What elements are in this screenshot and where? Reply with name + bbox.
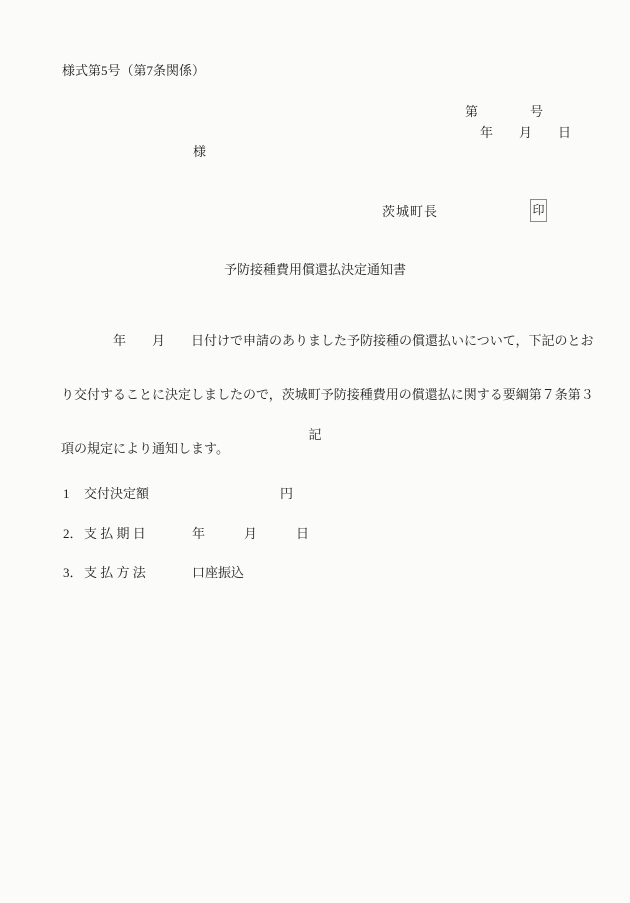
form-number: 様式第5号（第7条関係）	[62, 63, 205, 79]
doc-number-line: 第 号	[465, 104, 543, 120]
item-label: 支 払 期 日	[84, 526, 146, 542]
item-label: 支 払 方 法	[84, 565, 146, 581]
body-line-2: り交付することに決定しましたので，茨城町予防接種費用の償還払に関する要綱第７条第…	[61, 384, 581, 407]
item-row-grant-amount: 1 交付決定額 円	[0, 486, 630, 504]
item-number: 1	[63, 486, 70, 502]
notice-document-page: 様式第5号（第7条関係） 第 号 年 月 日 様 茨城町長 印 予防接種費用償還…	[0, 0, 630, 903]
seal-box: 印	[530, 199, 547, 222]
item-number: 2．	[63, 526, 83, 542]
item-number: 3．	[63, 565, 83, 581]
item-value: 年 月 日	[192, 526, 309, 542]
item-row-payment-date: 2． 支 払 期 日 年 月 日	[0, 526, 630, 544]
document-title: 予防接種費用償還払決定通知書	[0, 262, 630, 278]
item-label: 交付決定額	[84, 486, 149, 502]
record-marker: 記	[0, 427, 630, 443]
issue-date-line: 年 月 日	[480, 125, 571, 141]
item-value: 口座振込	[192, 565, 244, 581]
item-value: 円	[280, 486, 293, 502]
addressee-suffix: 様	[193, 144, 206, 160]
seal-mark: 印	[532, 203, 544, 217]
body-line-1: 年 月 日付けで申請のありました予防接種の償還払いについて，下記のとお	[61, 330, 581, 353]
item-row-payment-method: 3． 支 払 方 法 口座振込	[0, 565, 630, 583]
sender-title: 茨城町長	[382, 204, 438, 220]
body-paragraph: 年 月 日付けで申請のありました予防接種の償還払いについて，下記のとお り交付す…	[61, 299, 581, 491]
